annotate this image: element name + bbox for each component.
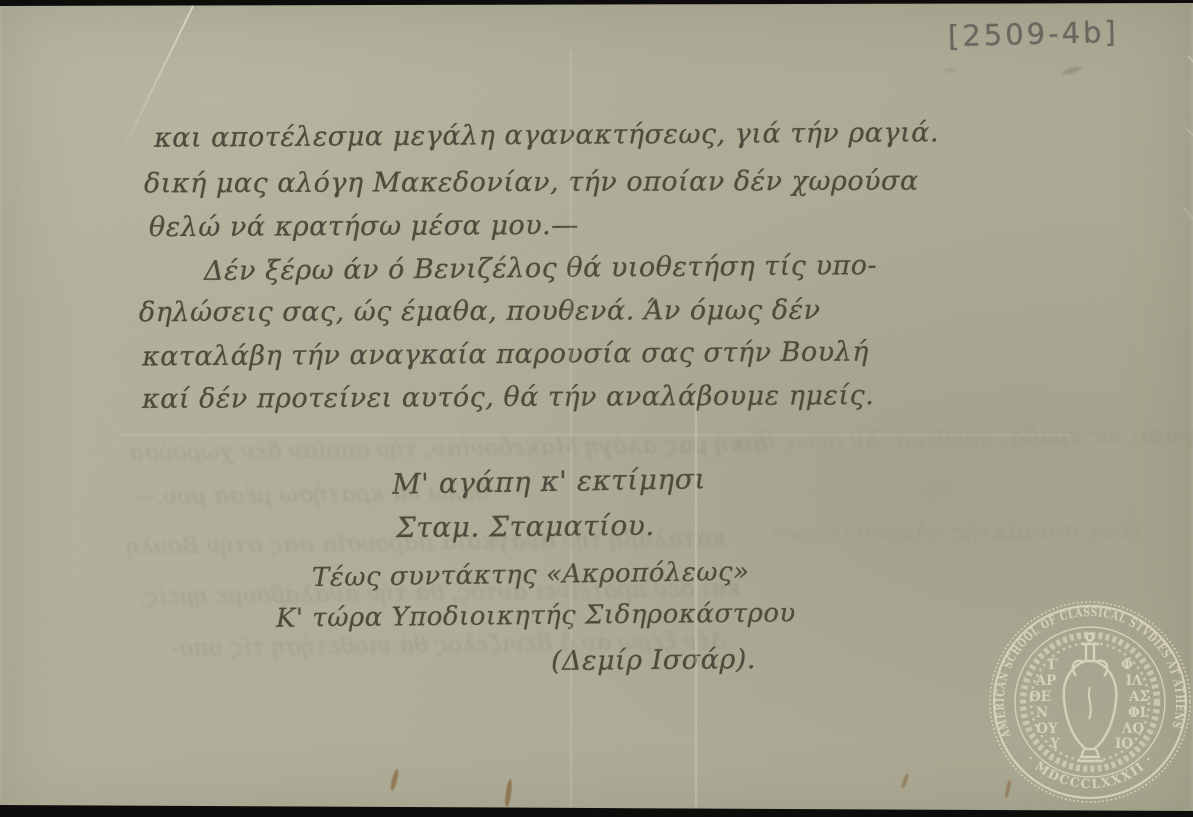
- ghost-line: δηλώσεις σας, ώς έμαθα, πουθενά. Άν όμως…: [735, 421, 1193, 455]
- monogram-letter: ΙΟ: [1115, 736, 1133, 752]
- letter-paper: [2509-4b] δική μας αλόγη Μακεδονίαν, τήν…: [0, 0, 1193, 817]
- crease-line: [1183, 207, 1193, 361]
- letter-line: καί δέν προτείνει αυτός, θά τήν αναλάβου…: [142, 380, 874, 415]
- letter-line: δηλώσεις σας, ώς έμαθα, πουθενά. Άν όμως…: [139, 295, 821, 328]
- monogram-letter: Γ: [1048, 657, 1058, 673]
- letter-line: θελώ νά κρατήσω μέσα μου.—: [149, 210, 579, 243]
- closing-salutation: Μ' αγάπη κ' εκτίμησι: [392, 462, 706, 500]
- signature-title-line: Τέως συντάκτης «Ακροπόλεως»: [312, 557, 750, 593]
- amphora-icon: [1064, 634, 1117, 762]
- ascsa-embossed-seal: AMERICAN SCHOOL OF CLASSICAL STVDIES AT …: [987, 599, 1193, 805]
- letter-line: Δέν ξέρω άν ό Βενιζέλος θά υιοθετήση τίς…: [204, 250, 877, 287]
- ghost-line: Τέως συντάκτης «Ακροπόλεως»: [770, 517, 1145, 548]
- monogram-letter: ΦΙ: [1128, 705, 1146, 721]
- signature-place-line: (Δεμίρ Ισσάρ).: [551, 644, 756, 677]
- stain: [504, 779, 513, 807]
- monogram-letter: ΟΥ: [1036, 721, 1058, 737]
- monogram-letter: Φ: [1121, 657, 1133, 673]
- monogram-letter: ΑΡ: [1035, 673, 1057, 689]
- letter-line: και αποτέλεσμα μεγάλη αγανακτήσεως, γιά …: [154, 117, 939, 153]
- vertical-fold: [570, 50, 572, 806]
- catalog-number: [2509-4b]: [948, 15, 1120, 53]
- signature: Σταμ. Σταματίου.: [396, 509, 655, 544]
- seal-circular-text: AMERICAN SCHOOL OF CLASSICAL STVDIES AT …: [993, 605, 1187, 740]
- stain: [389, 769, 399, 792]
- monogram-letter: ΛΟ: [1121, 721, 1144, 737]
- ghost-line: δική μας αλόγη Μακεδονίαν, τήν οποίαν δέ…: [128, 432, 767, 467]
- pencil-smudge: [944, 68, 955, 72]
- letter-line: δική μας αλόγη Μακεδονίαν, τήν οποίαν δέ…: [144, 166, 919, 200]
- pencil-smudge: [1062, 65, 1083, 76]
- seal-monogram: Γ ΑΡ ΘΕ Ν ΟΥ Υ Φ ΙΛ ΑΣ ΦΙ ΛΟ ΙΟ: [1029, 657, 1149, 752]
- crease-line: [1187, 55, 1193, 182]
- signature-title-line: Κ' τώρα Υποδιοικητής Σιδηροκάστρου: [276, 598, 796, 633]
- monogram-letter: ΙΛ: [1126, 673, 1143, 689]
- monogram-letter: ΘΕ: [1029, 689, 1051, 705]
- monogram-letter: ΑΣ: [1128, 689, 1149, 705]
- crease-line: [1185, 127, 1193, 222]
- letter-line: καταλάβη τήν αναγκαία παρουσία σας στήν …: [142, 336, 869, 372]
- scanned-letter-page: { "document": { "catalog_number": "[2509…: [0, 0, 1193, 817]
- monogram-letter: Ν: [1036, 705, 1048, 721]
- stain: [900, 773, 909, 789]
- monogram-letter: Υ: [1049, 736, 1060, 752]
